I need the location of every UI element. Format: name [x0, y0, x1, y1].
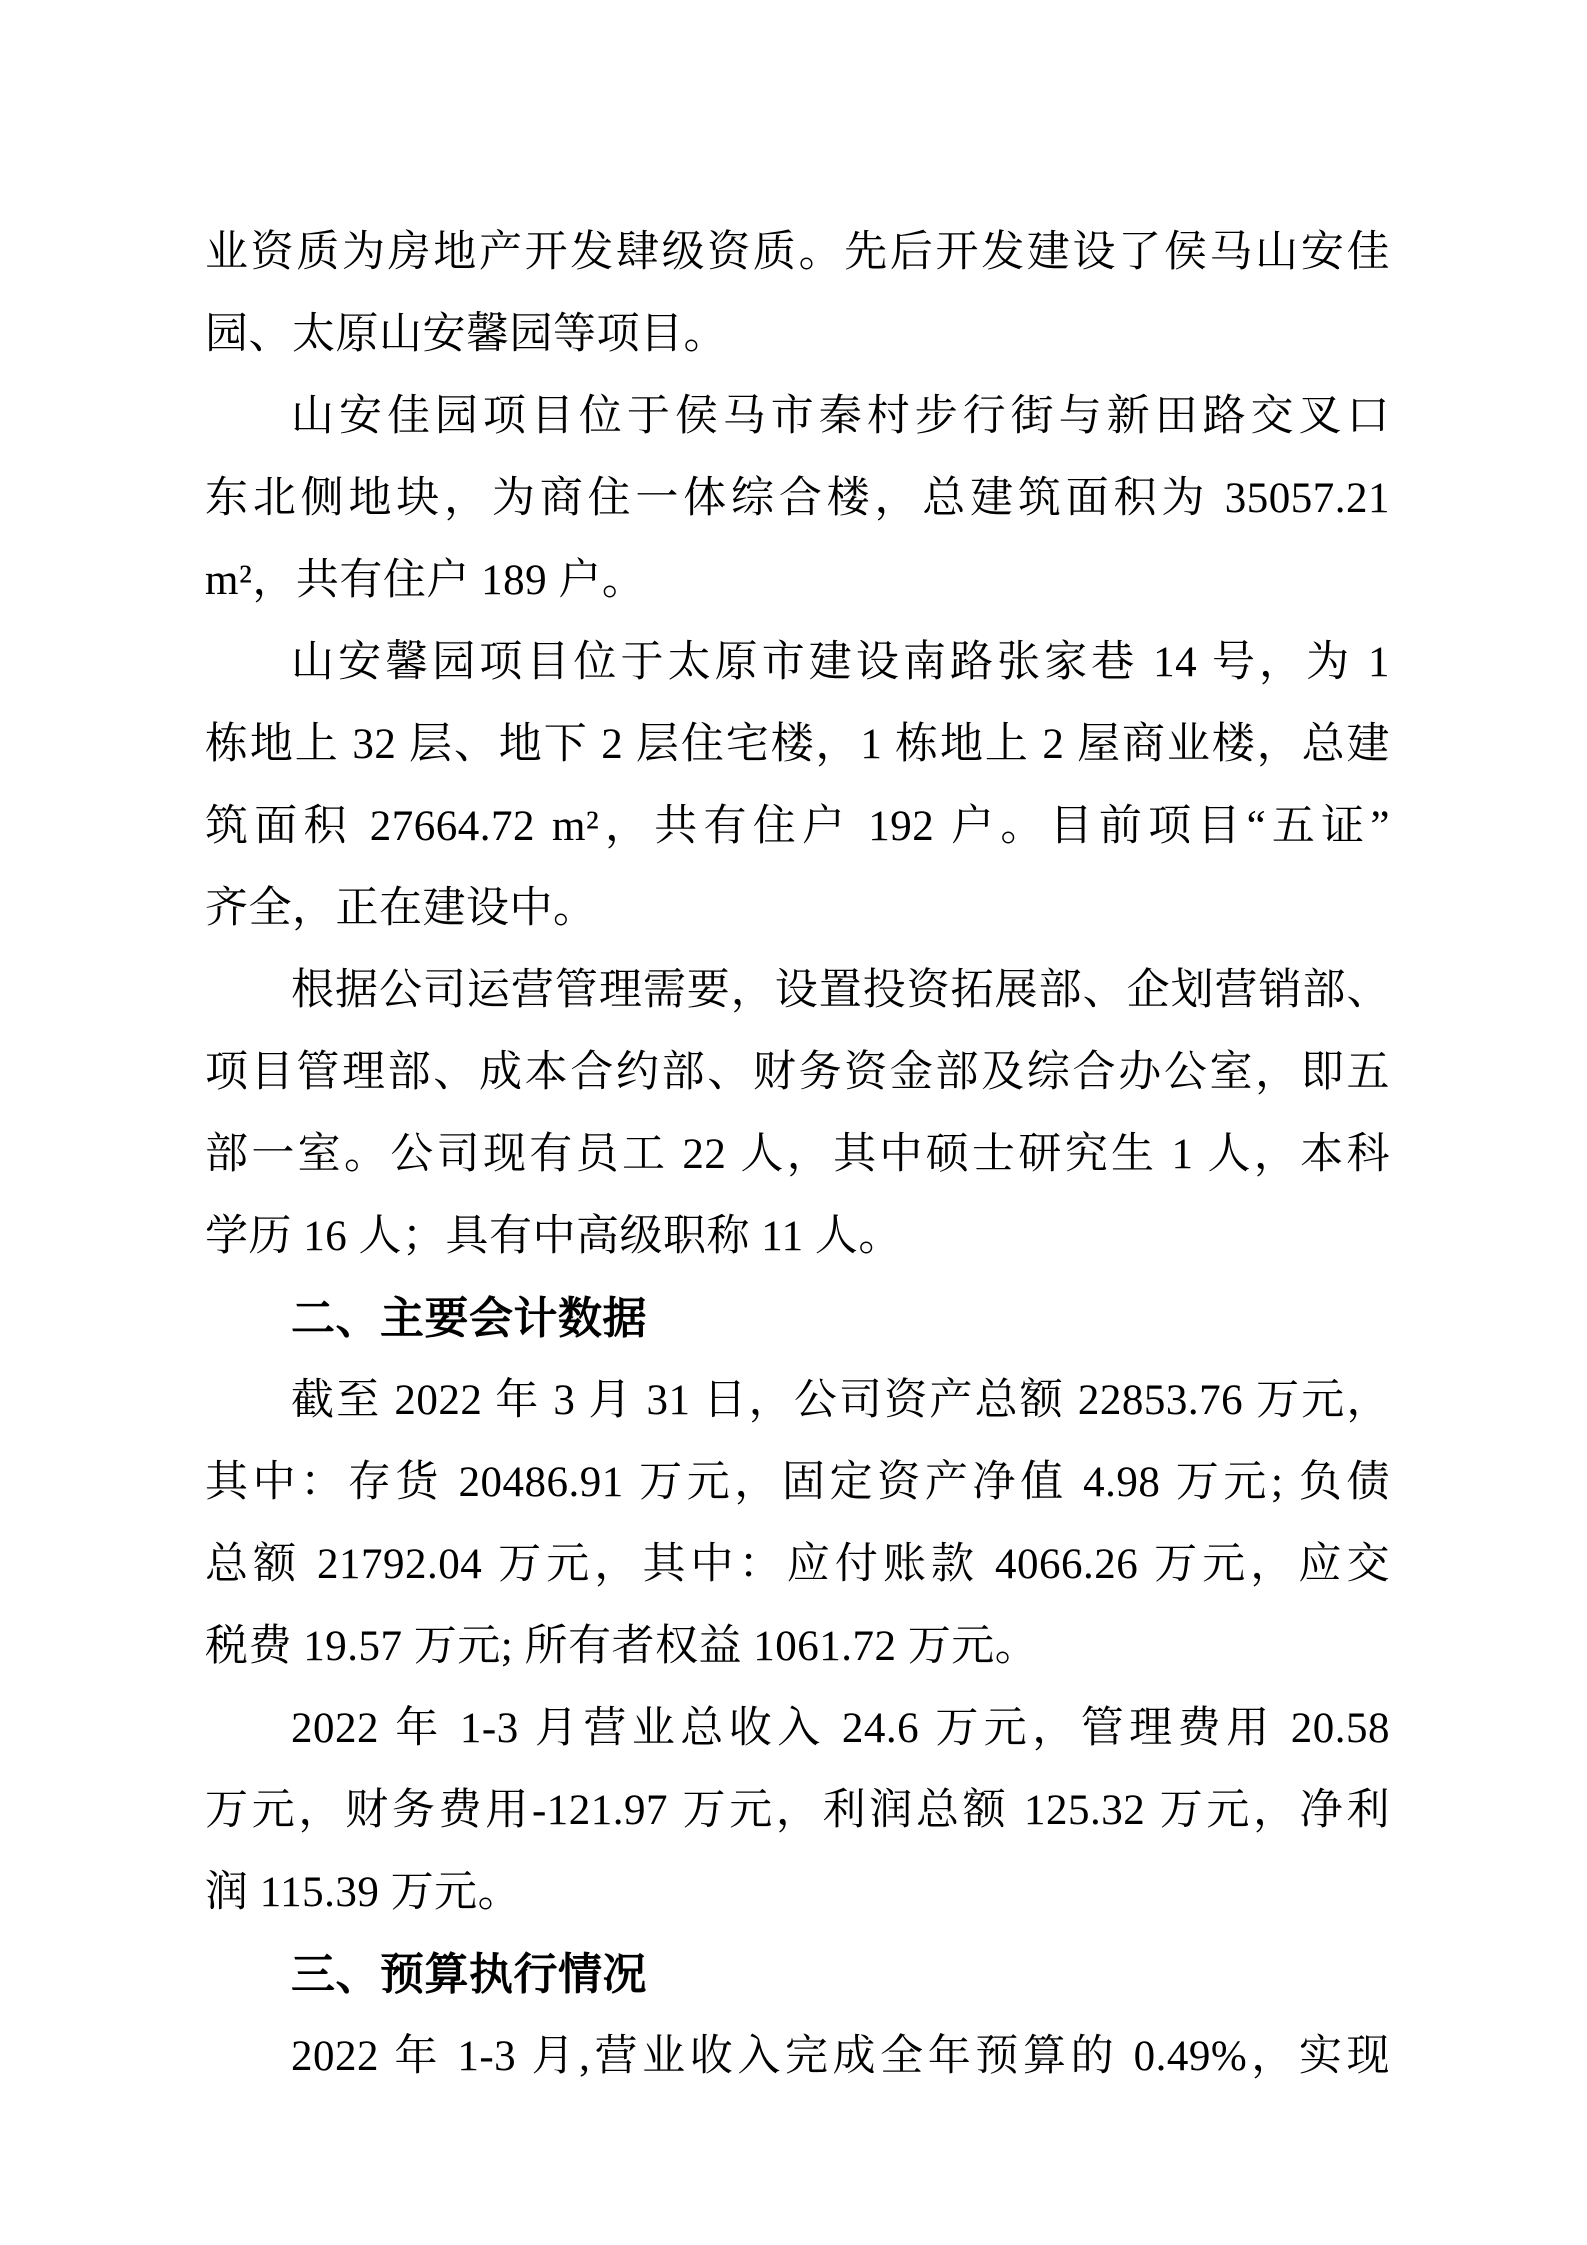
- text-line: 齐全，正在建设中。: [205, 868, 1390, 950]
- text-line: 万元，财务费用-121.97 万元，利润总额 125.32 万元，净利: [205, 1770, 1390, 1852]
- text-line: 业资质为房地产开发肆级资质。先后开发建设了侯马山安佳: [205, 212, 1390, 294]
- section-heading-accounting-data: 二、主要会计数据: [205, 1278, 1390, 1360]
- section-heading-budget-execution: 三、预算执行情况: [205, 1934, 1390, 2016]
- text-line: m²，共有住户 189 户。: [205, 540, 1390, 622]
- document-page: 业资质为房地产开发肆级资质。先后开发建设了侯马山安佳 园、太原山安馨园等项目。 …: [0, 0, 1587, 2245]
- text-line: 润 115.39 万元。: [205, 1852, 1390, 1934]
- text-line: 根据公司运营管理需要，设置投资拓展部、企划营销部、: [205, 950, 1390, 1032]
- text-line: 税费 19.57 万元; 所有者权益 1061.72 万元。: [205, 1606, 1390, 1688]
- text-line: 总额 21792.04 万元，其中：应付账款 4066.26 万元，应交: [205, 1524, 1390, 1606]
- text-line: 截至 2022 年 3 月 31 日，公司资产总额 22853.76 万元，: [205, 1360, 1390, 1442]
- text-line: 山安馨园项目位于太原市建设南路张家巷 14 号，为 1: [205, 622, 1390, 704]
- text-line: 部一室。公司现有员工 22 人，其中硕士研究生 1 人，本科: [205, 1114, 1390, 1196]
- text-line: 学历 16 人；具有中高级职称 11 人。: [205, 1196, 1390, 1278]
- text-line: 东北侧地块，为商住一体综合楼，总建筑面积为 35057.21: [205, 458, 1390, 540]
- text-line: 园、太原山安馨园等项目。: [205, 294, 1390, 376]
- text-line: 筑面积 27664.72 m²，共有住户 192 户。目前项目“五证”: [205, 786, 1390, 868]
- text-line: 其中：存货 20486.91 万元，固定资产净值 4.98 万元; 负债: [205, 1442, 1390, 1524]
- text-line: 栋地上 32 层、地下 2 层住宅楼，1 栋地上 2 屋商业楼，总建: [205, 704, 1390, 786]
- text-line: 2022 年 1-3 月营业总收入 24.6 万元，管理费用 20.58: [205, 1688, 1390, 1770]
- text-line: 项目管理部、成本合约部、财务资金部及综合办公室，即五: [205, 1032, 1390, 1114]
- text-line: 2022 年 1-3 月,营业收入完成全年预算的 0.49%，实现: [205, 2016, 1390, 2098]
- text-line: 山安佳园项目位于侯马市秦村步行街与新田路交叉口: [205, 376, 1390, 458]
